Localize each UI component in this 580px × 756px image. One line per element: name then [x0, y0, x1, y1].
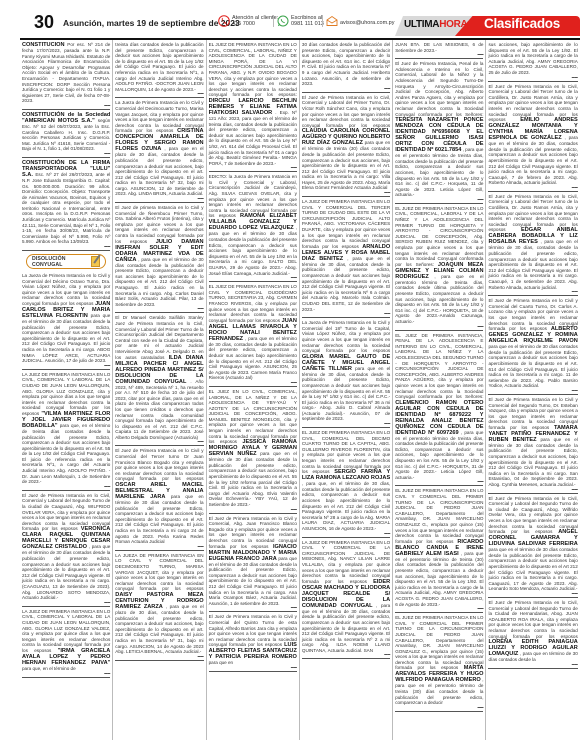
notice-code: ▬▬ [302, 87, 390, 90]
publication-date: Asunción, martes 19 de septiembre de 202… [63, 18, 240, 28]
page-number: 30 [34, 12, 54, 33]
notice-item: La Jueza de Primera Instancia en lo Civi… [302, 320, 390, 428]
notice-code: ▬▬ [302, 532, 390, 535]
notice-text: EL JUEZ DE PRIMERA INSTANCIA EN LO CIVIL… [209, 42, 297, 97]
page-header: 30 Asunción, martes 19 de septiembre de … [0, 0, 580, 36]
notice-text-continued: , para que en el perentorio término de t… [395, 147, 483, 197]
notice-text-continued: para que en el término de 30 días contad… [209, 556, 297, 606]
notice-text: 30 días contados desde la publicación de… [302, 42, 390, 86]
notice-item: CONSTITUCION Por esc. Nº 214 de fecha 17… [22, 42, 110, 110]
notice-text: LA JUEZ DE PRIMERA INSTANCIA EN LO CIVIL… [302, 199, 390, 249]
notice-item: El Juez de Primera Instancia en lo Civil… [115, 448, 203, 550]
notice-code: ▬▬ [22, 601, 110, 604]
phone-icon [218, 15, 230, 27]
notice-text: El Juez de Primera Instancia en lo Civil… [115, 448, 203, 481]
notice-item: El Juez de Primera Instancia en lo Civil… [209, 614, 297, 672]
notice-text: El Juez de Primera Instancia en lo Civil… [302, 95, 390, 128]
contact-whatsapp[interactable]: Escribinos al0981 111 013 [273, 15, 324, 27]
notice-text: treinta días contados desde la publicaci… [115, 42, 203, 92]
notice-code: ▬▬ [22, 672, 110, 675]
notice-code: ▬▬ [488, 389, 577, 392]
notice-text: sus acciones, bajo apercibimiento de lo … [488, 42, 577, 75]
notice-item: EL JUEZ DE PRIMERA INSTANCIA EN LO CIVIL… [395, 206, 483, 331]
notice-text: EL JUEZ DE PRIMERA INSTANCIA, PENAL DE L… [395, 333, 483, 400]
notice-item: treinta días contados desde la publicaci… [115, 42, 203, 98]
notice-code: ▬▬ [115, 92, 203, 95]
notice-text-continued: para que en el término de 30 días contad… [488, 344, 577, 388]
notice-item: El Juez de Primera Instancia en lo Civil… [488, 298, 577, 395]
notice-item: EL JUEZ EN LO CIVIL, COMERCIAL, LABORAL,… [209, 389, 297, 514]
notice-code: ▬▬ [22, 245, 110, 248]
notice-text: LA JUEZ DE PRIMERA INSTANCIA EN LO CIVIL… [302, 540, 390, 584]
notice-text: LA JUEZA DE PRIMERA INSTANCIA EN LO CIVI… [115, 553, 203, 592]
notice-item: CONSTITUCIÓN de la Sociedad "AMERICAN MO… [22, 112, 110, 158]
notice-text: EL JUEZ DE PRIMERA INSTANCIA EN LO CIVIL… [395, 615, 483, 670]
notice-code: ▬▬ [302, 312, 390, 315]
notice-text-continued: , para que en el término de 30 días, con… [209, 336, 297, 381]
notice-text-continued: , para que en el término de 30 días, con… [302, 603, 390, 653]
notice-item: LA JUEZ DE PRIMERA INSTANCIA EN LO CIVIL… [22, 609, 110, 678]
notice-item: El Juez de primera Instancia en lo Civil… [115, 205, 203, 313]
notice-item: El Juez de Primera Instancia en lo Civil… [488, 84, 577, 192]
notice-text-continued: , para que en el término de 30 días, con… [302, 256, 390, 312]
contact-email[interactable]: avisos@uhora.com.py [322, 15, 395, 27]
notice-item: El Juez de Primera Instancia en lo Civil… [488, 496, 577, 598]
notice-text: EL JUEZ DE PRIMERA INSTANCIA EN LO CIVIL… [395, 488, 483, 543]
notice-item: EL JUEZ DE PRIMERA INSTANCIA EN LO CIVIL… [209, 42, 297, 172]
notice-text-continued: , para que en el perentorio término de t… [395, 430, 483, 480]
notice-text: La Jueza de Primera Instancia en lo Civi… [302, 320, 390, 353]
notice-item: El Juez de Primera Instancia en lo Civil… [488, 397, 577, 494]
notice-text: EDICTO: la Jueza de Primera Instancia en… [209, 174, 297, 218]
notice-item: La Jueza de Primera Instancia en lo Civi… [22, 273, 110, 370]
brand-logo: ULTIMAHORA [404, 19, 467, 30]
notice-code: ▬▬ [488, 290, 577, 293]
notice-text-continued: , para que en el término de 30 días cont… [209, 225, 297, 275]
notice-text-continued: , para que en el término de 30 días cont… [115, 257, 203, 307]
notice-code: ▬▬ [22, 364, 110, 367]
notice-code: ▬▬ [395, 706, 483, 709]
notice-text-continued: , para que en el término de 30 días, con… [488, 135, 577, 185]
contact-email-value: avisos@uhora.com.py [340, 20, 395, 26]
notice-text-continued: , para que en el perentorio término de t… [395, 274, 483, 324]
section-title: Clasificados [484, 16, 560, 31]
classifieds-columns: CONSTITUCION Por esc. Nº 214 de fecha 17… [20, 40, 580, 740]
notice-text-continued: para que en el término de 30 días contad… [22, 313, 110, 363]
notice-item: EDICTO: la Jueza de Primera Instancia en… [209, 174, 297, 282]
notice-text-continued: para que, en el término de [22, 666, 76, 671]
notice-item: LA JUEZ DE PRIMERA INSTANCIA EN LO CIVIL… [302, 199, 390, 318]
notice-text: JUAN BTA. DE LAS MISIONES, 6 de Setiembr… [395, 42, 483, 53]
notice-code: ▬▬ [395, 198, 483, 201]
notice-text-continued: . Exp. Nº 121 Año: 2023, para que en el … [209, 110, 297, 166]
notice-code: ▬▬ [115, 197, 203, 200]
notice-item: EL JUEZ DE PRIMERA INSTANCIA EN LO CIVIL… [209, 284, 297, 387]
notice-text-continued: , para que en el plazo de 30 días, conta… [115, 146, 203, 196]
notice-code: ▬▬ [302, 422, 390, 425]
pen-paper-icon [91, 256, 100, 267]
notice-text-continued: para que en [209, 660, 234, 665]
notice-text-continued: , para que en el término de 30 días, con… [488, 239, 577, 289]
contact-phone[interactable]: Atención al cliente:415 7000 [218, 15, 278, 27]
notice-code: ▬▬ [115, 307, 203, 310]
email-icon [326, 15, 338, 27]
notice-code: ▬▬ [115, 440, 203, 443]
notice-text-continued: para que en el término de treinta (30) d… [302, 140, 390, 190]
notice-text: El Dr Manuel Geraldo Saifildin Stanley J… [115, 315, 203, 359]
notice-code: ▬▬ [209, 606, 297, 609]
notice-item: La Jueza de Primera Instancia en lo Civi… [115, 100, 203, 203]
notice-text-continued: para que en el término de 30 días contad… [209, 451, 297, 507]
notice-text: El Juez de Primera Instancia en lo Civil… [488, 600, 577, 639]
notice-code: ▬▬ [488, 488, 577, 491]
column-2: treinta días contados desde la publicaci… [113, 40, 206, 740]
notice-text-continued: , para que en el plazo de 30 días, conta… [115, 604, 203, 654]
notice-item: El Juez de Primera Instancia en lo Civil… [302, 95, 390, 197]
notice-code: ▬▬ [488, 76, 577, 79]
notice-item: JUAN BTA. DE LAS MISIONES, 6 de Setiembr… [395, 42, 483, 59]
notice-text-continued: para que en el término de 30 días, conta… [302, 366, 390, 422]
notice-item: El Juez de Primera Instancia en lo Civil… [488, 600, 577, 669]
notice-text: EL JUEZ DE PRIMERA INSTANCIA EN LO CIVIL… [395, 206, 483, 267]
contact-whatsapp-value: 0981 111 013 [291, 21, 324, 27]
notice-code: ▬▬ [22, 485, 110, 488]
notice-text-continued: , para que en el perentorio término de t… [395, 551, 483, 607]
notice-item: sus acciones, bajo apercibimiento de lo … [488, 42, 577, 82]
notice-text: Por esc. Nº 214 de fecha 17/07/2023, pas… [22, 42, 110, 103]
notice-code: ▬▬ [395, 480, 483, 483]
notice-text-continued: para que en el término de 30 días contad… [488, 547, 577, 591]
notice-text-continued: , para que en el término de 30 días cont… [22, 544, 110, 600]
notice-item: El Juez de Primera Instancia en lo Civil… [22, 493, 110, 607]
notice-code: ▬▬ [209, 276, 297, 279]
notice-code: ▬▬ [115, 545, 203, 548]
notice-code: ▬▬ [209, 381, 297, 384]
notice-text: EL JUEZ DE PRIMERA INSTANCIA EN LO CIVIL… [302, 430, 390, 474]
notice-text: El Juez de Primera Instancia, Penal de l… [395, 61, 483, 116]
column-1: CONSTITUCION Por esc. Nº 214 de fecha 17… [20, 40, 113, 740]
notice-item: El Juez de Primera Instancia en lo Civil… [209, 516, 297, 613]
section-banner-disolucion-conyugal: DISOLUCIÓN CONYUGAL [26, 254, 106, 269]
notice-item: EL JUEZ DE PRIMERA INSTANCIA EN LO CIVIL… [302, 430, 390, 538]
notice-text-continued: , para que, en el término de 30 días, co… [302, 481, 390, 531]
notice-code: ▬▬ [395, 325, 483, 328]
notice-item: El Juez de Primera Instancia en lo Civil… [488, 194, 577, 296]
column-5: JUAN BTA. DE LAS MISIONES, 6 de Setiembr… [393, 40, 486, 740]
notice-code: ▬▬ [488, 663, 577, 666]
notice-item: El Juez de Primera Instancia, Penal de l… [395, 61, 483, 204]
notice-text-continued: . Año 2023, Nº 489, Secretaria Nº 1, ha … [115, 379, 203, 440]
notice-code: ▬▬ [209, 166, 297, 169]
notice-text: EL JUEZ EN LO CIVIL, COMERCIAL, LABORAL,… [209, 389, 297, 444]
whatsapp-icon [277, 15, 289, 27]
notice-code: ▬▬ [115, 655, 203, 658]
notice-code: ▬▬ [209, 666, 297, 669]
notice-code: ▬▬ [302, 191, 390, 194]
notice-code: ▬▬ [488, 592, 577, 595]
column-6: sus acciones, bajo apercibimiento de lo … [486, 40, 579, 740]
notice-code: ▬▬ [488, 186, 577, 189]
notice-code: ▬▬ [395, 607, 483, 610]
column-4: 30 días contados desde la publicación de… [300, 40, 393, 740]
notice-item: LA JUEZA DE PRIMERA INSTANCIA EN LO CIVI… [115, 553, 203, 661]
notice-code: ▬▬ [22, 104, 110, 107]
notice-item: LA JUEZ DE PRIMERA INSTANCIA EN LO CIVIL… [22, 372, 110, 491]
banner-label: DISOLUCIÓN CONYUGAL [32, 256, 91, 268]
notice-item: El Dr Manuel Geraldo Saifildin Stanley J… [115, 315, 203, 446]
notice-code: ▬▬ [209, 508, 297, 511]
notice-item: 30 días contados desde la publicación de… [302, 42, 390, 93]
notice-item: LA JUEZ DE PRIMERA INSTANCIA EN LO CIVIL… [302, 540, 390, 660]
column-3: EL JUEZ DE PRIMERA INSTANCIA EN LO CIVIL… [207, 40, 300, 740]
notice-code: ▬▬ [302, 653, 390, 656]
notice-item: CONSTITUCIÓN DE LA FIRMA TRANSPORTADORA … [22, 160, 110, 251]
contact-phone-value: 415 7000 [232, 21, 278, 27]
notice-code: ▬▬ [395, 53, 483, 56]
notice-text: LA JUEZ DE PRIMERA INSTANCIA EN LO CIVIL… [22, 609, 110, 653]
notice-text: Esc. Nº 27 del 26/07/2023, ante el N.P. … [22, 172, 110, 245]
notice-code: ▬▬ [22, 152, 110, 155]
notice-text-continued: para que, en el término de treinta días … [22, 423, 110, 484]
notice-text: LA JUEZ DE PRIMERA INSTANCIA EN LO CIVIL… [22, 372, 110, 416]
notice-item: EL JUEZ DE PRIMERA INSTANCIA, PENAL DE L… [395, 333, 483, 487]
notice-text-continued: para que en el término de 30 días contad… [488, 437, 577, 487]
notice-item: EL JUEZ DE PRIMERA INSTANCIA EN LO CIVIL… [395, 615, 483, 712]
notice-item: EL JUEZ DE PRIMERA INSTANCIA EN LO CIVIL… [395, 488, 483, 613]
notice-text-continued: para que en término de 30 días contados … [115, 494, 203, 544]
